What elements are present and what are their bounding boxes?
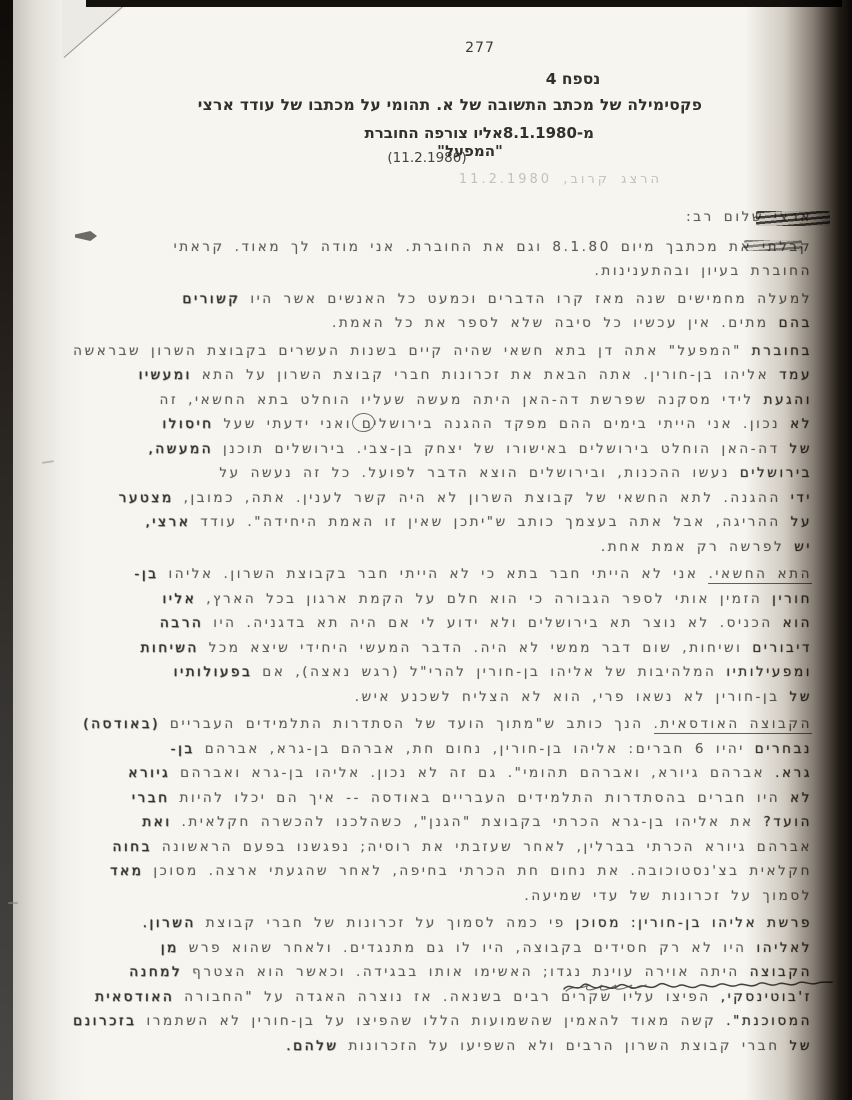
typed-line: הקבוצה האודסאית. הנך כותב ש"מתוך הועד של… (56, 712, 812, 737)
smeared-word: בן- (171, 741, 195, 757)
letter-paragraph: התא החשאי. אני לא הייתי חבר בתא כי לא הי… (56, 562, 812, 709)
typed-line: המסוכנת". קשה מאוד להאמין שהשמועות הללו … (56, 1009, 812, 1034)
typed-line: לסמוך על זכרונות של עדי שמיעה. (56, 884, 812, 909)
smeared-word: מאד (110, 863, 143, 879)
ink-smudge-greeting (756, 211, 830, 226)
paragraph-lead: הקבוצה האודסאית. (654, 716, 812, 734)
smeared-word: בחוה (112, 839, 152, 855)
typed-line: בחוברת "המפעל" אתה דן בתא חשאי שהיה קיים… (56, 339, 812, 364)
letter-paragraph: הקבוצה האודסאית. הנך כותב ש"מתוך הועד של… (56, 712, 812, 908)
caption-reply-date: (11.2.1980) (377, 150, 477, 166)
smeared-word: למחנה (129, 964, 182, 980)
letter-paragraph: קבלתי את מכתבך מיום 8.1.80 וגם את החוברת… (56, 235, 812, 284)
smeared-word: גיורא (128, 765, 170, 781)
smeared-word: האודסאית (95, 989, 174, 1005)
dark-word: של (790, 441, 812, 457)
typed-line: של חברי קבוצת השרון הרבים ולא השפיעו על … (56, 1034, 812, 1059)
dark-word: בירושלים (740, 465, 812, 481)
dark-word: לא (790, 416, 812, 432)
dark-word: והגעת (764, 392, 812, 408)
dark-word: הועד? (764, 814, 812, 830)
dark-word: חורין (772, 591, 812, 607)
scanned-book-page: 277 נספח 4 פקסימילה של מכתב התשובה של א.… (0, 0, 852, 1100)
dark-word: לאליהו (757, 940, 813, 956)
typed-line: לא היו חברים בהסתדרות התלמידים העבריים ב… (56, 786, 812, 811)
smeared-word: הרבה (160, 615, 203, 631)
smeared-word: ארצי, (145, 514, 190, 530)
letter-paragraph: למעלה מחמישים שנה מאז קרו הדברים וכמעט כ… (56, 287, 812, 336)
typed-line: של בן-חורין לא נשאו פרי, הוא לא הצליח לש… (56, 685, 812, 710)
dark-word: לא (790, 790, 812, 806)
typed-line: והגעת לידי מסקנה שפרשת דה-האן היתה מעשה … (56, 388, 812, 413)
typed-line: הוא הכניס. לא נוצר תא בירושלים ולא ידוע … (56, 611, 812, 636)
typed-line: ומפעילותיו המלהיבות של אליהו בן-חורין לה… (56, 660, 812, 685)
typed-line: לאליהו היו לא רק חסידים בקבוצה, היו לו ג… (56, 936, 812, 961)
dark-word: של (790, 1038, 812, 1054)
dark-word: יש (794, 539, 812, 555)
letter-body: ארצי שלום רב:קבלתי את מכתבך מיום 8.1.80 … (56, 205, 812, 1058)
smeared-word: שלהם. (286, 1038, 338, 1054)
paragraph-lead: התא החשאי. (708, 566, 812, 584)
dark-word: הוא (783, 615, 812, 631)
smeared-word: מן (161, 940, 179, 956)
dark-word: של (790, 689, 812, 705)
dark-word: עמד (779, 367, 812, 383)
typed-line: נבחרים יהיו 6 חברים: אליהו בן-חורין, נחו… (56, 737, 812, 762)
typed-line: חקלאית בצ'נסטוכובה. את נחום חת הכרתי בחי… (56, 859, 812, 884)
typed-line: של דה-האן הוחלט בירושלים באישורו של יצחק… (56, 437, 812, 462)
typed-dateline: הרצג קרוב, 11.2.1980 (440, 172, 662, 187)
smeared-word: קשורים (182, 291, 240, 307)
book-spine-shadow (0, 0, 13, 1100)
smeared-word: חברי (132, 790, 170, 806)
dark-word: דיבורים (752, 640, 812, 656)
typed-line: עמד אליהו בן-חורין. אתה הבאת את זכרונות … (56, 363, 812, 388)
typed-line: חורין הזמין אותי לספר הגבורה כי הוא חלם … (56, 587, 812, 612)
dark-word: על (791, 514, 812, 530)
typed-line: על ההריגה, אבל אתה בעצמך כותב ש"יתכן שאי… (56, 510, 812, 535)
typed-line: בירושלים נעשו ההכנות, ובירושלים הוצא הדב… (56, 461, 812, 486)
caption-date: מ-8.1.1980 (503, 124, 594, 160)
typed-line: גרא. אברהם גיורא, ואברהם תהומי". גם זה ל… (56, 761, 812, 786)
typed-line: פרשת אליהו בן-חורין: מסוכן פי כמה לסמוך … (56, 911, 812, 936)
smeared-word: מצטער (119, 490, 174, 506)
scan-top-edge (86, 0, 842, 7)
typed-line: הועד? את אליהו בן-גרא הכרתי בקבוצת "הגנן… (56, 810, 812, 835)
typed-line: אברהם גיורא הכרתי בברלין, לאחר שעזבתי את… (56, 835, 812, 860)
dark-word: בהם (779, 315, 812, 331)
dark-word: ומפעילותיו (726, 664, 812, 680)
dark-word: נבחרים (755, 741, 812, 757)
typed-line: בהם מתים. אין עכשיו כל סיבה שלא לספר את … (56, 311, 812, 336)
paragraph-lead: פרשת אליהו בן-חורין: (631, 915, 812, 931)
typed-line: קבלתי את מכתבך מיום 8.1.80 וגם את החוברת… (56, 235, 812, 260)
ink-smudge-line (744, 240, 802, 251)
page-number: 277 (455, 40, 505, 56)
smeared-word: אליו (163, 591, 197, 607)
dark-word: מסוכן (576, 915, 621, 931)
typed-line: דיבורים ושיחות, שום דבר ממשי לא היה. הדב… (56, 636, 812, 661)
appendix-label: נספח 4 (533, 70, 613, 88)
smeared-word: בזכרונם (73, 1013, 136, 1029)
dark-word: גרא. (775, 765, 812, 781)
margin-tick-mark (8, 902, 18, 904)
letter-paragraph: בחוברת "המפעל" אתה דן בתא חשאי שהיה קיים… (56, 339, 812, 560)
smeared-word: ומעשיו (139, 367, 192, 383)
smeared-word: המעשה, (148, 441, 213, 457)
caption-line-1: פקסימילה של מכתב התשובה של א. תהומי על מ… (150, 96, 750, 114)
dark-word: המסוכנת". (726, 1013, 812, 1029)
smeared-word: בפעולותיו (174, 664, 253, 680)
typed-line: יש לפרשה רק אמת אחת. (56, 535, 812, 560)
typed-line: לא נכון. אני הייתי בימים ההם מפקד ההגנה … (56, 412, 812, 437)
smeared-word: בן- (134, 566, 158, 582)
smeared-word: ואת (142, 814, 171, 830)
handwritten-scribble-strikethrough (560, 976, 836, 998)
dark-word: בחוברת (752, 343, 812, 359)
typed-line: ידי ההגנה. לתא החשאי של קבוצת השרון לא ה… (56, 486, 812, 511)
smeared-word: השיחות (140, 640, 198, 656)
letter-greeting: ארצי שלום רב: (56, 205, 812, 230)
smeared-word: (באודסה) (83, 716, 160, 732)
typed-line: החוברת בעיון ובהתענינות. (56, 259, 812, 284)
typed-line: למעלה מחמישים שנה מאז קרו הדברים וכמעט כ… (56, 287, 812, 312)
dark-word: ידי (791, 490, 812, 506)
typed-line: התא החשאי. אני לא הייתי חבר בתא כי לא הי… (56, 562, 812, 587)
smeared-word: השרון. (143, 915, 196, 931)
smeared-word: חיסולו (162, 416, 213, 432)
